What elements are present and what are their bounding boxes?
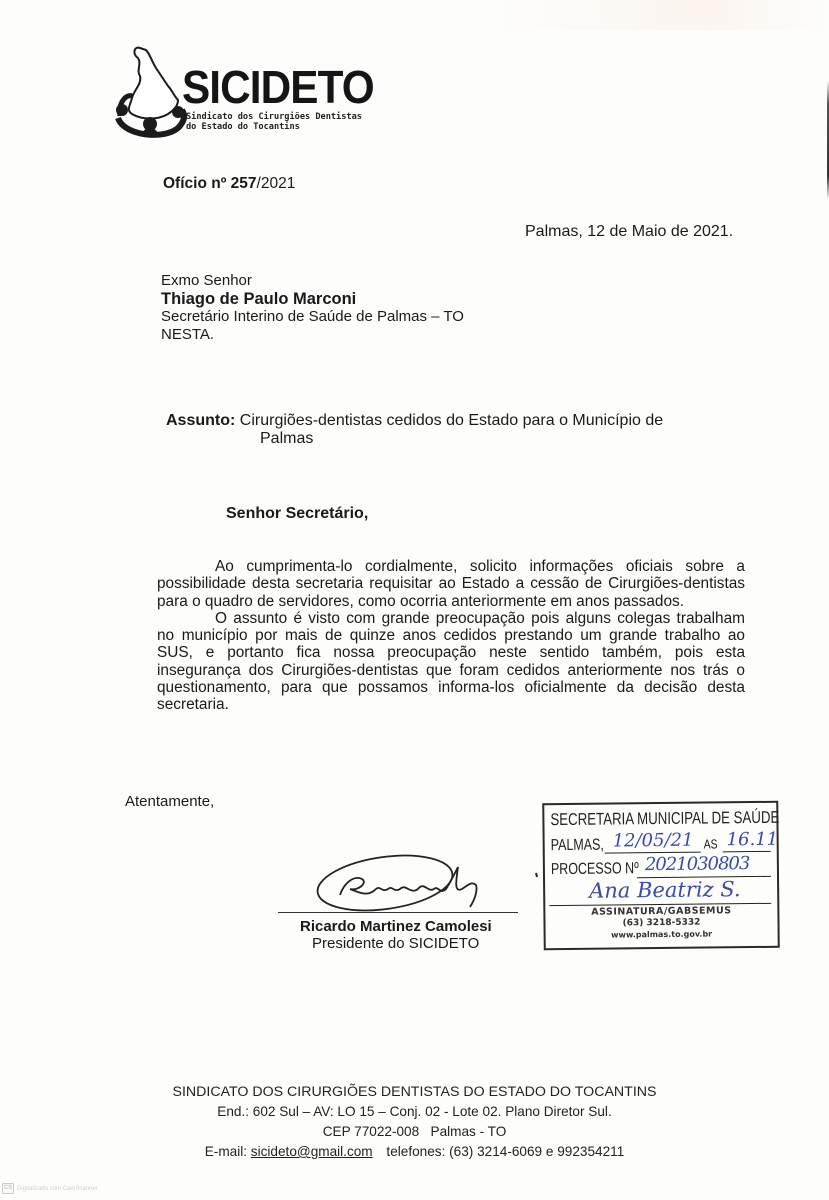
letter-footer: SINDICATO DOS CIRURGIÕES DENTISTAS DO ES… xyxy=(0,1082,829,1162)
footer-address: End.: 602 Sul – AV: LO 15 – Conj. 02 - L… xyxy=(0,1102,829,1122)
org-subtitle-line2: do Estado do Tocantins xyxy=(186,122,362,132)
signature-line xyxy=(278,912,518,913)
stamp-processo-handwritten: 2021030803 xyxy=(645,853,750,875)
date-line: Palmas, 12 de Maio de 2021. xyxy=(525,223,733,241)
stamp-palmas-label: PALMAS, xyxy=(551,837,604,855)
org-subtitle: Sindicato dos Cirurgiões Dentistasdo Est… xyxy=(186,112,362,132)
stamp-date-row: PALMAS, xyxy=(551,837,604,856)
signatory-role: Presidente do SICIDETO xyxy=(312,935,479,952)
stamp-signature-handwritten: Ana Beatriz S. xyxy=(589,877,741,903)
letterhead-logo: SICIDETO Sindicato dos Cirurgiões Dentis… xyxy=(112,40,382,140)
recipient-position: Secretário Interino de Saúde de Palmas –… xyxy=(161,308,464,326)
stamp-processo-label: PROCESSO Nº xyxy=(551,860,639,878)
footer-email-label: E-mail: xyxy=(205,1144,247,1159)
recipient-title: Exmo Senhor xyxy=(161,272,464,290)
recipient-block: Exmo Senhor Thiago de Paulo Marconi Secr… xyxy=(161,272,464,344)
stamp-processo-row: PROCESSO Nº xyxy=(551,860,639,879)
receipt-stamp: SECRETARIA MUNICIPAL DE SAÚDE PALMAS, 12… xyxy=(542,801,780,950)
footer-cep: CEP 77022-008 Palmas - TO xyxy=(0,1122,829,1142)
stamp-phone: (63) 3218-5332 xyxy=(545,917,777,929)
subject-text-line2: Palmas xyxy=(166,430,726,448)
oficio-number: Ofício nº 257/2021 xyxy=(163,175,295,193)
salutation: Senhor Secretário, xyxy=(226,505,368,523)
subject-block: Assunto: Cirurgiões-dentistas cedidos do… xyxy=(166,412,726,448)
stamp-title: SECRETARIA MUNICIPAL DE SAÚDE xyxy=(550,808,779,830)
stamp-as-label: AS xyxy=(704,836,718,851)
camscanner-icon: CS xyxy=(2,1183,14,1194)
footer-phones: telefones: (63) 3214-6069 e 992354211 xyxy=(386,1144,624,1159)
recipient-location: NESTA. xyxy=(161,326,464,344)
footer-org-name: SINDICATO DOS CIRURGIÕES DENTISTAS DO ES… xyxy=(0,1082,829,1102)
body-paragraph: Ao cumprimenta-lo cordialmente, solicito… xyxy=(157,558,745,610)
body-paragraph: O assunto é visto com grande preocupação… xyxy=(157,610,745,714)
recipient-name: Thiago de Paulo Marconi xyxy=(161,290,464,308)
letter-body: Ao cumprimenta-lo cordialmente, solicito… xyxy=(157,558,745,714)
stamp-website: www.palmas.to.gov.br xyxy=(546,929,778,940)
tocantins-map-people-icon xyxy=(112,40,192,140)
scanner-watermark: CS Digitalizado com CamScanner xyxy=(2,1183,98,1194)
subject-label: Assunto: xyxy=(166,412,235,429)
oficio-number-value: 257 xyxy=(231,175,257,192)
oficio-year: /2021 xyxy=(257,175,296,192)
oficio-label: Ofício nº xyxy=(163,175,226,192)
footer-contact: E-mail: sicideto@gmail.com telefones: (6… xyxy=(0,1142,829,1162)
footer-email-link[interactable]: sicideto@gmail.com xyxy=(251,1144,373,1159)
org-acronym: SICIDETO xyxy=(182,64,374,110)
org-subtitle-line1: Sindicato dos Cirurgiões Dentistas xyxy=(186,112,362,122)
stamp-date-handwritten: 12/05/21 xyxy=(613,830,694,852)
handwritten-signature-icon xyxy=(310,845,560,915)
scan-tint xyxy=(0,0,829,30)
stamp-time-handwritten: 16.11 xyxy=(727,829,779,851)
watermark-text: Digitalizado com CamScanner xyxy=(17,1186,98,1192)
closing: Atentamente, xyxy=(125,793,214,810)
signatory-name: Ricardo Martinez Camolesi xyxy=(300,918,492,935)
subject-text-line1: Cirurgiões-dentistas cedidos do Estado p… xyxy=(240,412,663,429)
